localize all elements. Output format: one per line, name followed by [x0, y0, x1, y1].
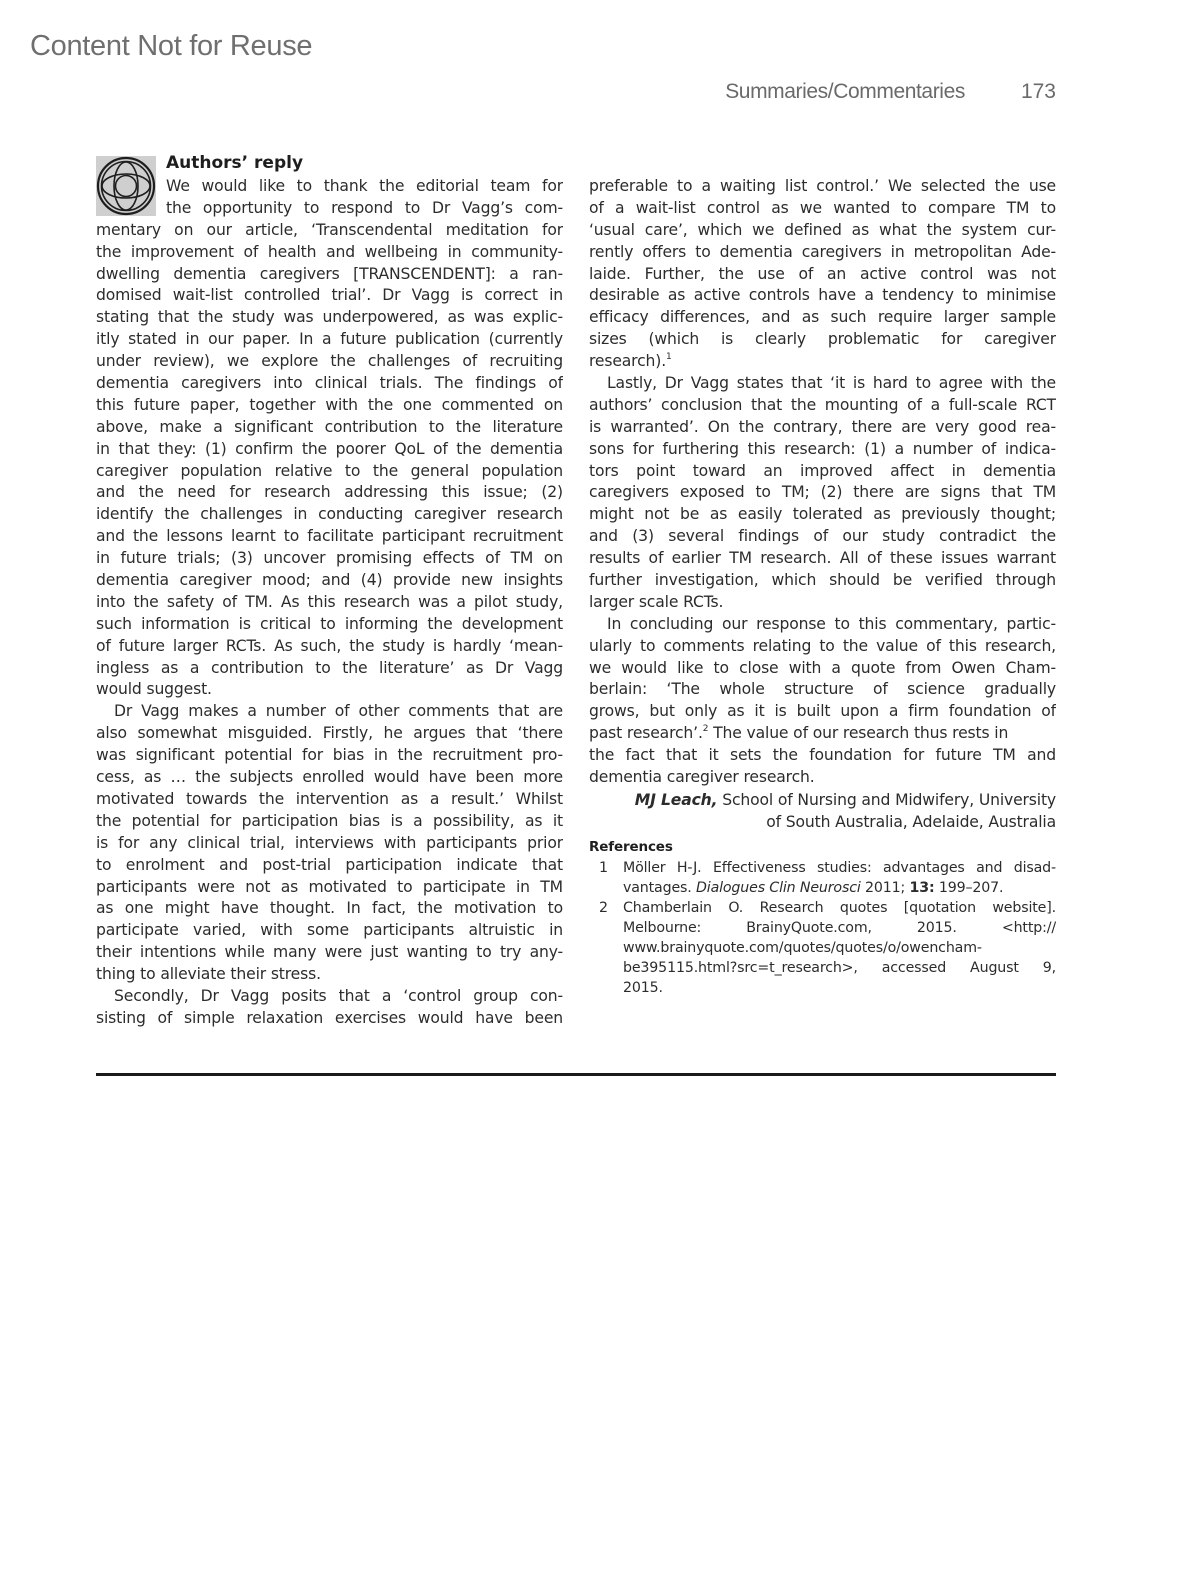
reference-line: vantages. Dialogues Clin Neurosci 2011; …	[623, 878, 1056, 898]
horizontal-rule	[96, 1073, 1056, 1076]
reference-volume: 13:	[910, 880, 935, 896]
reference-number: 2	[589, 898, 623, 998]
text-line: stating that the study was underpowered,…	[96, 307, 563, 329]
text-line: domised wait-list controlled trial’. Dr …	[96, 285, 563, 307]
section-title: Summaries/Commentaries	[725, 80, 965, 104]
running-head: Summaries/Commentaries 173	[700, 80, 1056, 104]
text-line: sisting of simple relaxation exercises w…	[96, 1008, 563, 1030]
text-line: desirable as active controls have a tend…	[589, 285, 1056, 307]
text-line: further investigation, which should be v…	[589, 570, 1056, 592]
text-line: dementia caregiver research.	[589, 767, 1056, 789]
text-line: dementia caregivers into clinical trials…	[96, 373, 563, 395]
text-fragment: research).	[589, 352, 666, 370]
text-line: participate varied, with some participan…	[96, 920, 563, 942]
left-column: We would like to thank the editorial tea…	[96, 176, 563, 1030]
reference-line: Möller H-J. Effectiveness studies: advan…	[623, 858, 1056, 878]
reference-year: 2011;	[861, 880, 910, 896]
author-signature: MJ Leach, School of Nursing and Midwifer…	[589, 790, 1056, 812]
text-line: identify the challenges in conducting ca…	[96, 504, 563, 526]
text-line: sizes (which is clearly problematic for …	[589, 329, 1056, 351]
text-line: authors’ conclusion that the mounting of…	[589, 395, 1056, 417]
text-line: in future trials; (3) uncover promising …	[96, 548, 563, 570]
text-line: In concluding our response to this comme…	[589, 614, 1056, 636]
reference-line: Melbourne: BrainyQuote.com, 2015. <http:…	[623, 918, 1056, 938]
reference-line: Chamberlain O. Research quotes [quotatio…	[623, 898, 1056, 918]
text-line: above, make a significant contribution t…	[96, 417, 563, 439]
reference-body: Chamberlain O. Research quotes [quotatio…	[623, 898, 1056, 998]
text-line: also somewhat misguided. Firstly, he arg…	[96, 723, 563, 745]
text-line: their intentions while many were just wa…	[96, 942, 563, 964]
text-line: caregivers exposed to TM; (2) there are …	[589, 482, 1056, 504]
text-line: Dr Vagg makes a number of other comments…	[96, 701, 563, 723]
text-line: dementia caregiver mood; and (4) provide…	[96, 570, 563, 592]
page-number: 173	[1021, 80, 1056, 104]
text-line: the improvement of health and wellbeing …	[96, 242, 563, 264]
text-line: we would like to close with a quote from…	[589, 658, 1056, 680]
text-line: past research’.2 The value of our resear…	[589, 723, 1056, 745]
text-line: in that they: (1) confirm the poorer QoL…	[96, 439, 563, 461]
text-line: caregiver population relative to the gen…	[96, 461, 563, 483]
text-line: the potential for participation bias is …	[96, 811, 563, 833]
text-line: ularly to comments relating to the value…	[589, 636, 1056, 658]
reference-text: vantages.	[623, 880, 696, 896]
text-line: larger scale RCTs.	[589, 592, 1056, 614]
text-line: is for any clinical trial, interviews wi…	[96, 833, 563, 855]
text-line: and the need for research addressing thi…	[96, 482, 563, 504]
text-line: rently offers to dementia caregivers in …	[589, 242, 1056, 264]
text-line: into the safety of TM. As this research …	[96, 592, 563, 614]
text-line: such information is critical to informin…	[96, 614, 563, 636]
watermark-text: Content Not for Reuse	[30, 30, 312, 63]
text-line: berlain: ‘The whole structure of science…	[589, 679, 1056, 701]
text-line: is warranted’. On the contrary, there ar…	[589, 417, 1056, 439]
text-line: research).1	[589, 351, 1056, 373]
text-line: itly stated in our paper. In a future pu…	[96, 329, 563, 351]
text-line: under review), we explore the challenges…	[96, 351, 563, 373]
author-affiliation-continued: of South Australia, Adelaide, Australia	[589, 812, 1056, 834]
reference-line: be395115.html?src=t_research>, accessed …	[623, 958, 1056, 978]
text-line: and the lessons learnt to facilitate par…	[96, 526, 563, 548]
text-line: laide. Further, the use of an active con…	[589, 264, 1056, 286]
text-fragment: past research’.	[589, 724, 703, 742]
reference-body: Möller H-J. Effectiveness studies: advan…	[623, 858, 1056, 898]
text-line: grows, but only as it is built upon a fi…	[589, 701, 1056, 723]
text-line: results of earlier TM research. All of t…	[589, 548, 1056, 570]
text-line: Lastly, Dr Vagg states that ‘it is hard …	[589, 373, 1056, 395]
references-heading: References	[589, 837, 1056, 858]
text-line: of a wait-list control as we wanted to c…	[589, 198, 1056, 220]
text-line: the opportunity to respond to Dr Vagg’s …	[166, 198, 563, 220]
text-line: might not be as easily tolerated as prev…	[589, 504, 1056, 526]
text-line: of future larger RCTs. As such, the stud…	[96, 636, 563, 658]
author-name: MJ Leach,	[635, 791, 718, 809]
reference-pages: 199–207.	[934, 880, 1003, 896]
article-title: Authors’ reply	[166, 153, 303, 173]
text-line: ‘usual care’, which we defined as what t…	[589, 220, 1056, 242]
text-line: cess, as … the subjects enrolled would h…	[96, 767, 563, 789]
author-affiliation: School of Nursing and Midwifery, Univers…	[717, 791, 1056, 809]
text-line: participants were not as motivated to pa…	[96, 877, 563, 899]
text-line: efficacy differences, and as such requir…	[589, 307, 1056, 329]
text-line: motivated towards the intervention as a …	[96, 789, 563, 811]
text-line: Secondly, Dr Vagg posits that a ‘control…	[96, 986, 563, 1008]
reference-url-line: www.brainyquote.com/quotes/quotes/o/owen…	[623, 938, 1056, 958]
text-line: as one might have thought. In fact, the …	[96, 898, 563, 920]
text-line: sons for furthering this research: (1) a…	[589, 439, 1056, 461]
text-line: ingless as a contribution to the literat…	[96, 658, 563, 680]
journal-name: Dialogues Clin Neurosci	[696, 880, 861, 896]
right-column: preferable to a waiting list control.’ W…	[589, 176, 1056, 998]
text-line: preferable to a waiting list control.’ W…	[589, 176, 1056, 198]
text-line: was significant potential for bias in th…	[96, 745, 563, 767]
reference-number: 1	[589, 858, 623, 898]
text-line: this future paper, together with the one…	[96, 395, 563, 417]
text-line: would suggest.	[96, 679, 563, 701]
text-line: dwelling dementia caregivers [TRANSCENDE…	[96, 264, 563, 286]
text-line: and (3) several findings of our study co…	[589, 526, 1056, 548]
text-line: thing to alleviate their stress.	[96, 964, 563, 986]
reference-item: 2 Chamberlain O. Research quotes [quotat…	[589, 898, 1056, 998]
text-line: mentary on our article, ‘Transcendental …	[96, 220, 563, 242]
text-fragment: The value of our research thus rests in	[708, 724, 1008, 742]
text-line: to enrolment and post-trial participatio…	[96, 855, 563, 877]
citation-superscript-1: 1	[666, 352, 672, 362]
text-line: the fact that it sets the foundation for…	[589, 745, 1056, 767]
reference-line: 2015.	[623, 978, 1056, 998]
text-line: We would like to thank the editorial tea…	[166, 176, 563, 198]
reference-item: 1 Möller H-J. Effectiveness studies: adv…	[589, 858, 1056, 898]
text-line: tors point toward an improved affect in …	[589, 461, 1056, 483]
